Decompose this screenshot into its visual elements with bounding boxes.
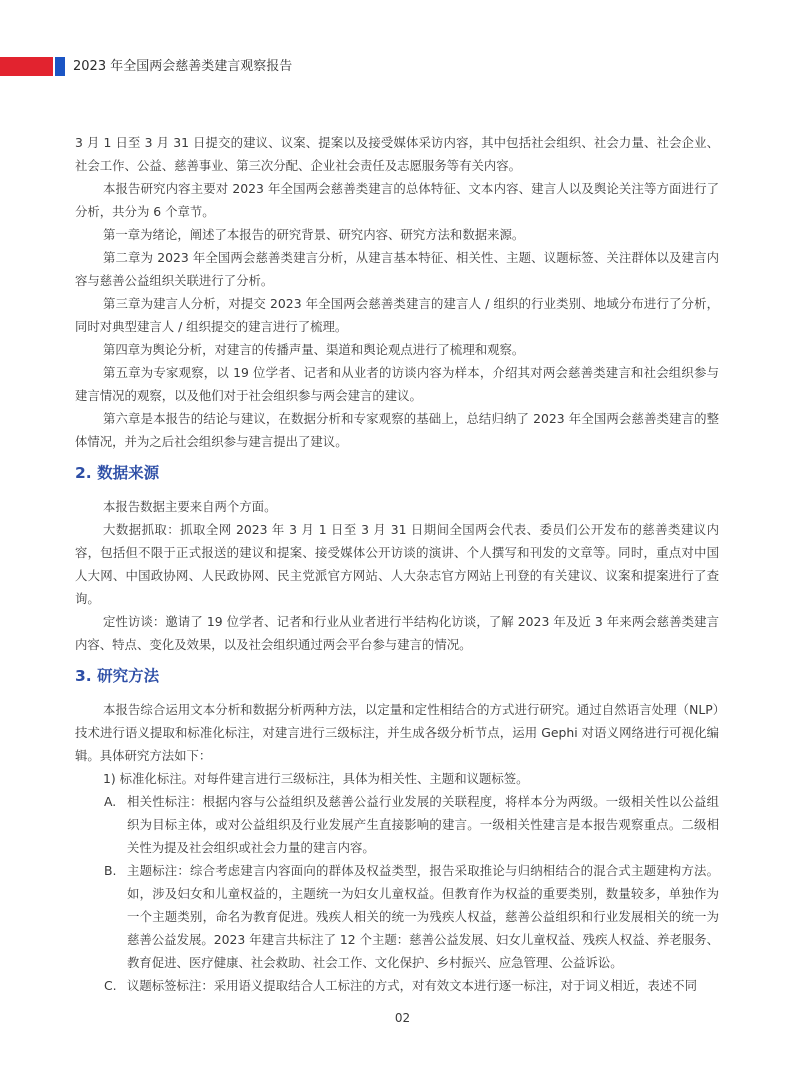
section-heading-data-sources: 2. 数据来源 (75, 461, 719, 485)
page-header: 2023 年全国两会慈善类建言观察报告 (0, 57, 793, 76)
page-body: 3 月 1 日至 3 月 31 日提交的建议、议案、提案以及接受媒体采访内容，其… (75, 131, 719, 997)
header-accent-red-bar (0, 57, 53, 76)
header-accent-blue-bar (55, 57, 65, 76)
paragraph-chapter-6: 第六章是本报告的结论与建议，在数据分析和专家观察的基础上，总结归纳了 2023 … (75, 407, 719, 453)
section-heading-research-methods: 3. 研究方法 (75, 664, 719, 688)
list-marker: B. (104, 859, 116, 882)
list-item-relevance-annotation: A. 相关性标注：根据内容与公益组织及慈善公益行业发展的关联程度，将样本分为两级… (75, 790, 719, 859)
list-marker: C. (104, 974, 117, 997)
paragraph-big-data-crawl: 大数据抓取：抓取全网 2023 年 3 月 1 日至 3 月 31 日期间全国两… (75, 518, 719, 610)
paragraph-report-scope: 本报告研究内容主要对 2023 年全国两会慈善类建言的总体特征、文本内容、建言人… (75, 177, 719, 223)
list-item-text: 主题标注：综合考虑建言内容面向的群体及权益类型，报告采取推论与归纳相结合的混合式… (127, 863, 719, 970)
paragraph-continuation: 3 月 1 日至 3 月 31 日提交的建议、议案、提案以及接受媒体采访内容，其… (75, 131, 719, 177)
paragraph-methods-intro: 本报告综合运用文本分析和数据分析两种方法，以定量和定性相结合的方式进行研究。通过… (75, 698, 719, 767)
list-item-issue-tag-annotation: C. 议题标签标注：采用语义提取结合人工标注的方式，对有效文本进行逐一标注，对于… (75, 974, 719, 997)
paragraph-chapter-1: 第一章为绪论，阐述了本报告的研究背景、研究内容、研究方法和数据来源。 (75, 223, 719, 246)
paragraph-data-sources-intro: 本报告数据主要来自两个方面。 (75, 495, 719, 518)
paragraph-chapter-5: 第五章为专家观察，以 19 位学者、记者和从业者的访谈内容为样本，介绍其对两会慈… (75, 361, 719, 407)
list-item-topic-annotation: B. 主题标注：综合考虑建言内容面向的群体及权益类型，报告采取推论与归纳相结合的… (75, 859, 719, 974)
page-number: 02 (0, 1011, 793, 1025)
sub-item-standardized-annotation: 1) 标准化标注。对每件建言进行三级标注，具体为相关性、主题和议题标签。 (75, 767, 719, 790)
paragraph-qualitative-interviews: 定性访谈：邀请了 19 位学者、记者和行业从业者进行半结构化访谈，了解 2023… (75, 610, 719, 656)
list-item-text: 议题标签标注：采用语义提取结合人工标注的方式，对有效文本进行逐一标注，对于词义相… (127, 978, 697, 993)
list-item-text: 相关性标注：根据内容与公益组织及慈善公益行业发展的关联程度，将样本分为两级。一级… (127, 794, 719, 855)
paragraph-chapter-2: 第二章为 2023 年全国两会慈善类建言分析，从建言基本特征、相关性、主题、议题… (75, 246, 719, 292)
paragraph-chapter-3: 第三章为建言人分析，对提交 2023 年全国两会慈善类建言的建言人 / 组织的行… (75, 292, 719, 338)
report-title: 2023 年全国两会慈善类建言观察报告 (73, 57, 292, 76)
paragraph-chapter-4: 第四章为舆论分析，对建言的传播声量、渠道和舆论观点进行了梳理和观察。 (75, 338, 719, 361)
list-marker: A. (104, 790, 116, 813)
